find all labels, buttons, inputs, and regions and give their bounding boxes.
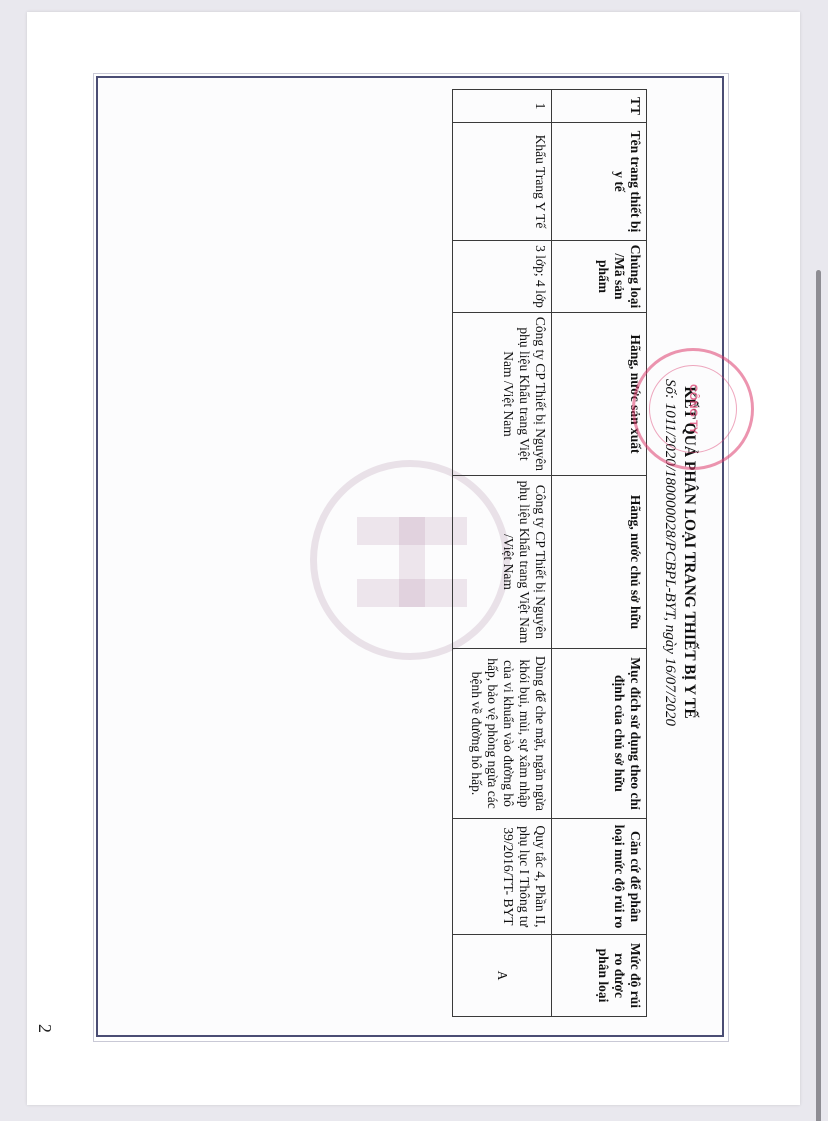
company-stamp: CÔNG TY: [632, 348, 754, 470]
table-row: 1 Khẩu Trang Y Tế 3 lớp; 4 lớp Công ty C…: [453, 90, 552, 1017]
header-owner: Hãng, nước chủ sở hữu: [552, 476, 647, 649]
page-number: 2: [34, 1024, 55, 1033]
header-type-code: Chủng loại /Mã sản phẩm: [552, 241, 647, 313]
document-header: KẾT QUẢ PHÂN LOẠI TRANG THIẾT BỊ Y TẾ Số…: [647, 89, 705, 1016]
document-reference: Số: 1011/2020/180000028/PCBPL-BYT, ngày …: [660, 89, 679, 1016]
cell-risk-level: A: [453, 935, 552, 1017]
cell-manufacturer: Công ty CP Thiết bị Nguyên phụ liệu Khẩu…: [453, 313, 552, 476]
header-device-name: Tên trang thiết bị y tế: [552, 123, 647, 241]
document-title: KẾT QUẢ PHÂN LOẠI TRANG THIẾT BỊ Y TẾ: [679, 89, 705, 1016]
header-classification-basis: Căn cứ để phân loại mức độ rủi ro: [552, 819, 647, 935]
cell-owner: Công ty CP Thiết bị Nguyên phụ liệu Khẩu…: [453, 476, 552, 649]
header-risk-level: Mức độ rủi ro được phân loại: [552, 935, 647, 1017]
header-intended-use: Mục đích sử dụng theo chỉ định của chủ s…: [552, 649, 647, 819]
cell-tt: 1: [453, 90, 552, 123]
cell-intended-use: Dùng để che mặt, ngăn ngừa khói bụi, mùi…: [453, 649, 552, 819]
table-header-row: TT Tên trang thiết bị y tế Chủng loại /M…: [552, 90, 647, 1017]
header-tt: TT: [552, 90, 647, 123]
header-manufacturer: Hãng, nước sản xuất: [552, 313, 647, 476]
cell-device-name: Khẩu Trang Y Tế: [453, 123, 552, 241]
cell-type-code: 3 lớp; 4 lớp: [453, 241, 552, 313]
classification-table: TT Tên trang thiết bị y tế Chủng loại /M…: [452, 89, 647, 1017]
rotated-content: KẾT QUẢ PHÂN LOẠI TRANG THIẾT BỊ Y TẾ Số…: [445, 89, 705, 1016]
vertical-scrollbar[interactable]: [816, 270, 821, 1121]
stamp-center-text: CÔNG TY: [687, 384, 699, 434]
cell-classification-basis: Quy tắc 4, Phần II, phụ lục I Thông tư 3…: [453, 819, 552, 935]
